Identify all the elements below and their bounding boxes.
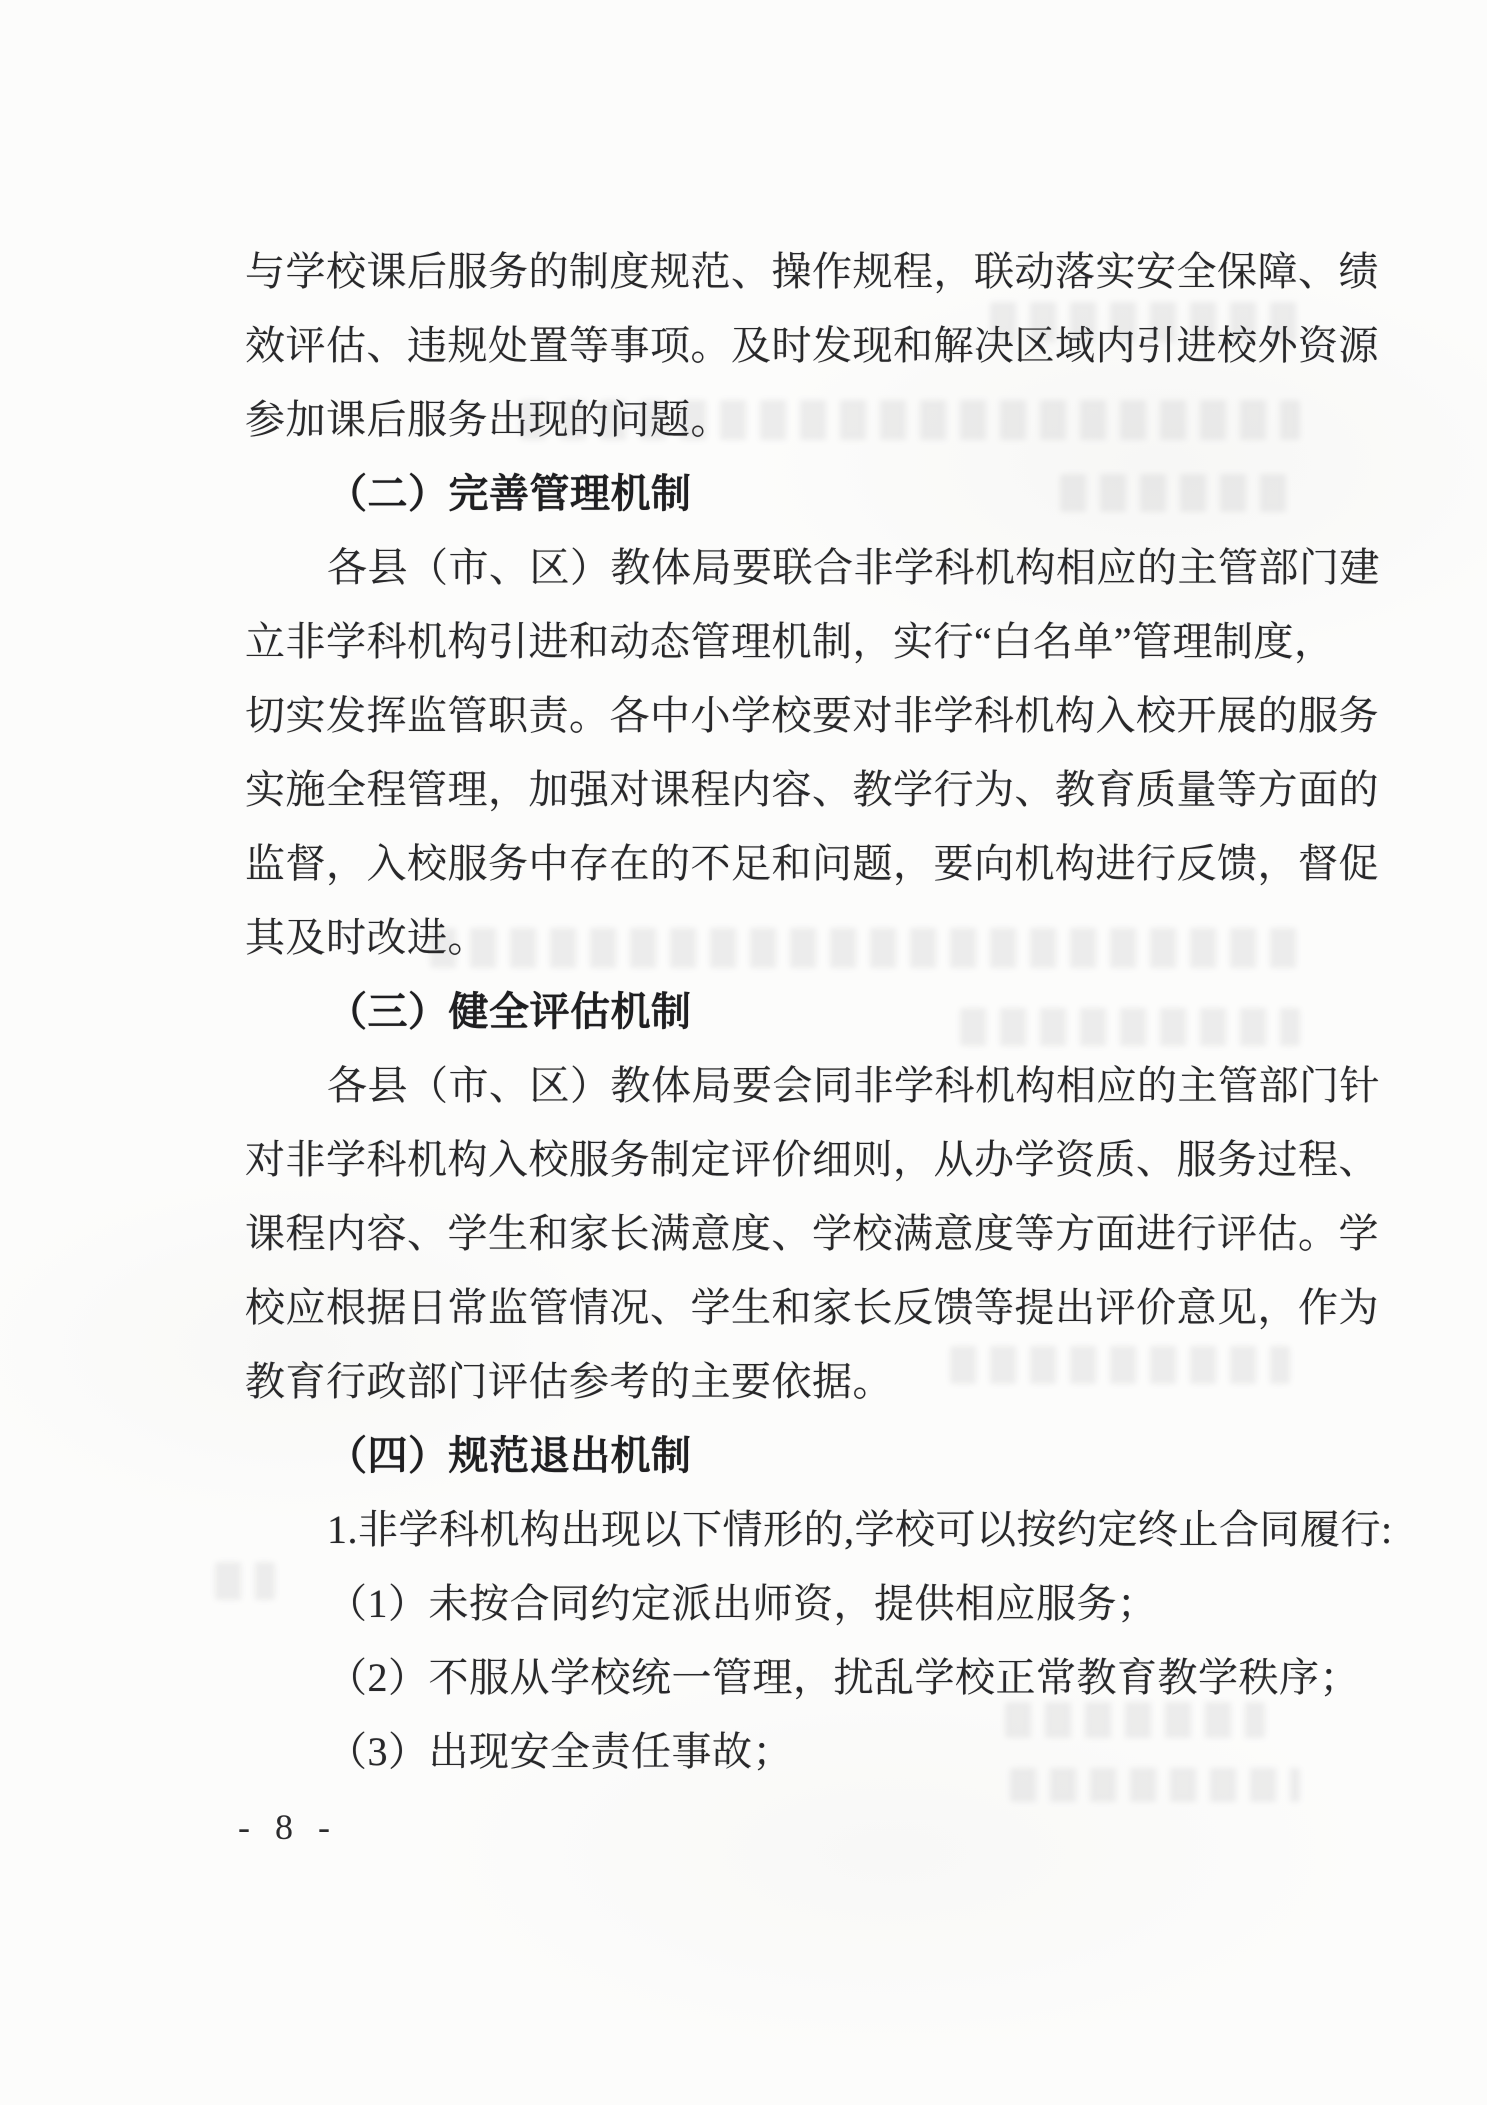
text-line: 其及时改进。 — [245, 901, 1330, 975]
text-line: 切实发挥监管职责。各中小学校要对非学科机构入校开展的服务 — [245, 679, 1330, 753]
text-line: 课程内容、学生和家长满意度、学校满意度等方面进行评估。学 — [245, 1197, 1330, 1271]
text-line: 立非学科机构引进和动态管理机制，实行“白名单”管理制度， — [245, 605, 1330, 679]
text-line: （四）规范退出机制 — [245, 1419, 1330, 1493]
text-line: 教育行政部门评估参考的主要依据。 — [245, 1345, 1330, 1419]
text-line: 监督，入校服务中存在的不足和问题，要向机构进行反馈，督促 — [245, 827, 1330, 901]
text-line: 参加课后服务出现的问题。 — [245, 383, 1330, 457]
text-line: 实施全程管理，加强对课程内容、教学行为、教育质量等方面的 — [245, 753, 1330, 827]
text-line: （二）完善管理机制 — [245, 457, 1330, 531]
text-line: 与学校课后服务的制度规范、操作规程，联动落实安全保障、绩 — [245, 235, 1330, 309]
page-number: - 8 - — [238, 1806, 338, 1848]
text-line: （2）不服从学校统一管理，扰乱学校正常教育教学秩序； — [245, 1641, 1330, 1715]
text-line: （三）健全评估机制 — [245, 975, 1330, 1049]
text-line: 1.非学科机构出现以下情形的,学校可以按约定终止合同履行: — [245, 1493, 1330, 1567]
text-line: （3）出现安全责任事故； — [245, 1715, 1330, 1789]
text-line: 各县（市、区）教体局要联合非学科机构相应的主管部门建 — [245, 531, 1330, 605]
text-line: 校应根据日常监管情况、学生和家长反馈等提出评价意见，作为 — [245, 1271, 1330, 1345]
text-line: 效评估、违规处置等事项。及时发现和解决区域内引进校外资源 — [245, 309, 1330, 383]
text-line: 各县（市、区）教体局要会同非学科机构相应的主管部门针 — [245, 1049, 1330, 1123]
document-page: 与学校课后服务的制度规范、操作规程，联动落实安全保障、绩效评估、违规处置等事项。… — [0, 0, 1487, 2105]
text-line: （1）未按合同约定派出师资，提供相应服务； — [245, 1567, 1330, 1641]
text-block: 与学校课后服务的制度规范、操作规程，联动落实安全保障、绩效评估、违规处置等事项。… — [245, 235, 1330, 1789]
text-line: 对非学科机构入校服务制定评价细则，从办学资质、服务过程、 — [245, 1123, 1330, 1197]
